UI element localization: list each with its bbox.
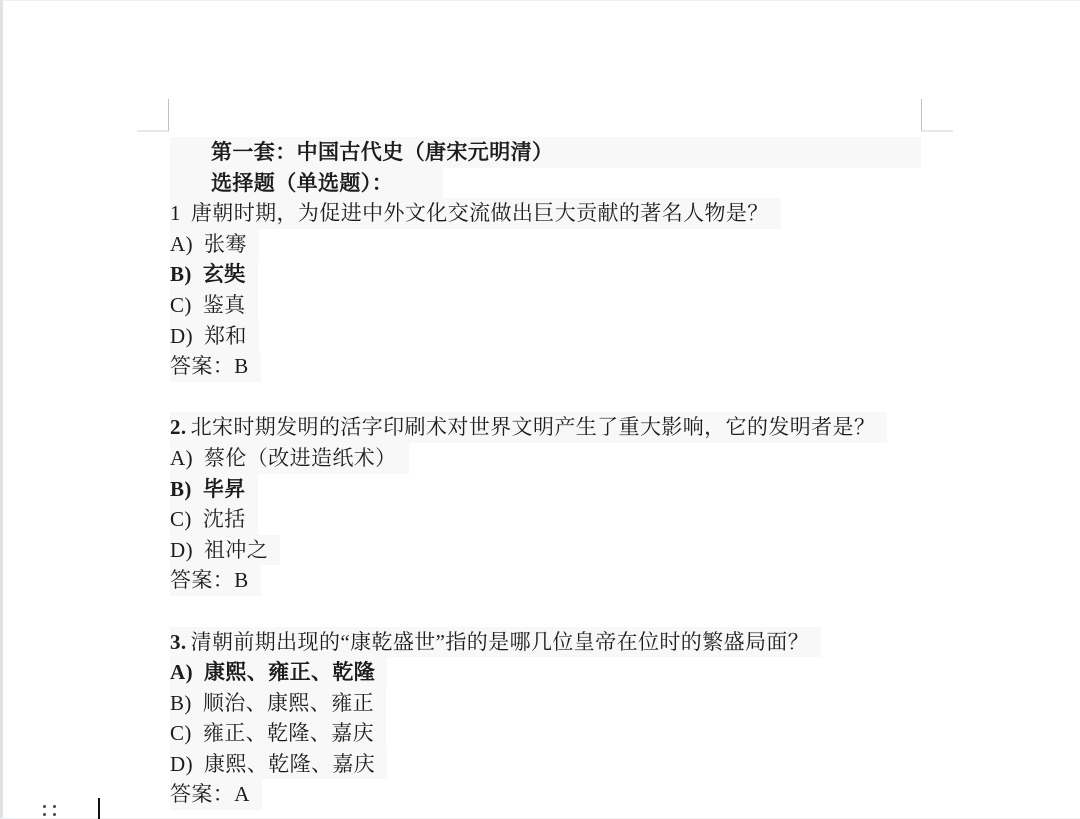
option[interactable]: B)玄奘 (170, 259, 258, 290)
option-row[interactable]: C)雍正、乾隆、嘉庆 (170, 718, 921, 749)
answer-value: B (234, 568, 248, 592)
question-body: 清朝前期出现的“康乾盛世”指的是哪几位皇帝在位时的繁盛局面？ (191, 630, 810, 654)
question-body: 唐朝时期，为促进中外文化交流做出巨大贡献的著名人物是？ (191, 201, 769, 225)
drag-handle-dots-icon[interactable] (43, 805, 56, 816)
document-title-line[interactable]: 第一套：中国古代史（唐宋元明清） (170, 137, 921, 168)
window-left-edge (0, 0, 3, 819)
option-label: A) (170, 446, 193, 470)
answer-label: 答案： (170, 568, 234, 592)
blank-line[interactable] (170, 596, 921, 627)
option-label: A) (170, 232, 193, 256)
dot (43, 813, 46, 816)
option-row[interactable]: A)蔡伦（改进造纸术） (170, 443, 921, 474)
page-margin-mark-right (921, 99, 953, 132)
option-row[interactable]: D)康熙、乾隆、嘉庆 (170, 749, 921, 780)
option-label: D) (170, 538, 193, 562)
question-text-line[interactable]: 2.北宋时期发明的活字印刷术对世界文明产生了重大影响，它的发明者是？ (170, 412, 921, 443)
answer-label: 答案： (170, 782, 234, 806)
answer-value: B (234, 354, 248, 378)
question-number: 2. (170, 415, 187, 439)
answer[interactable]: 答案：B (170, 351, 261, 382)
dot (43, 805, 46, 808)
dot (53, 813, 56, 816)
question-number: 3. (170, 630, 187, 654)
option-row[interactable]: A)张骞 (170, 229, 921, 260)
question-text-line[interactable]: 3.清朝前期出现的“康乾盛世”指的是哪几位皇帝在位时的繁盛局面？ (170, 627, 921, 658)
question-body: 北宋时期发明的活字印刷术对世界文明产生了重大影响，它的发明者是？ (191, 415, 876, 439)
option-row[interactable]: D)祖冲之 (170, 535, 921, 566)
option-label: D) (170, 752, 193, 776)
answer-label: 答案： (170, 354, 234, 378)
window-top-edge (0, 0, 1080, 1)
option-row[interactable]: B)玄奘 (170, 259, 921, 290)
question-text-line[interactable]: 1唐朝时期，为促进中外文化交流做出巨大贡献的著名人物是？ (170, 198, 921, 229)
answer-row[interactable]: 答案：B (170, 351, 921, 382)
option[interactable]: B)顺治、康熙、雍正 (170, 688, 386, 719)
option-text: 康熙、乾隆、嘉庆 (204, 752, 375, 776)
option-row[interactable]: C)沈括 (170, 504, 921, 535)
blank-line[interactable] (170, 382, 921, 413)
option[interactable]: C)鉴真 (170, 290, 258, 321)
option-row[interactable]: C)鉴真 (170, 290, 921, 321)
option-text: 郑和 (204, 324, 247, 348)
option-text: 康熙、雍正、乾隆 (204, 660, 375, 684)
option-text: 雍正、乾隆、嘉庆 (203, 721, 374, 745)
question-number: 1 (170, 201, 181, 225)
question-text[interactable]: 2.北宋时期发明的活字印刷术对世界文明产生了重大影响，它的发明者是？ (170, 412, 887, 443)
option-label: D) (170, 324, 193, 348)
option-text: 顺治、康熙、雍正 (203, 691, 374, 715)
text-cursor (98, 798, 100, 819)
option-label: B) (170, 691, 192, 715)
questions-list: 1唐朝时期，为促进中外文化交流做出巨大贡献的著名人物是？A)张骞B)玄奘C)鉴真… (170, 198, 921, 810)
option[interactable]: C)雍正、乾隆、嘉庆 (170, 718, 386, 749)
question-text[interactable]: 3.清朝前期出现的“康乾盛世”指的是哪几位皇帝在位时的繁盛局面？ (170, 627, 821, 658)
document-content[interactable]: 第一套：中国古代史（唐宋元明清） 选择题（单选题）： 1唐朝时期，为促进中外文化… (170, 137, 921, 810)
option[interactable]: A)蔡伦（改进造纸术） (170, 443, 409, 474)
option[interactable]: A)张骞 (170, 229, 259, 260)
option[interactable]: A)康熙、雍正、乾隆 (170, 657, 387, 688)
option-row[interactable]: A)康熙、雍正、乾隆 (170, 657, 921, 688)
dot (53, 805, 56, 808)
document-title[interactable]: 第一套：中国古代史（唐宋元明清） (170, 137, 921, 168)
answer-value: A (234, 782, 250, 806)
option-label: B) (170, 262, 192, 286)
option[interactable]: B)毕昇 (170, 474, 258, 505)
option-row[interactable]: B)毕昇 (170, 474, 921, 505)
option-label: A) (170, 660, 193, 684)
option-text: 蔡伦（改进造纸术） (204, 446, 397, 470)
option-row[interactable]: B)顺治、康熙、雍正 (170, 688, 921, 719)
section-heading[interactable]: 选择题（单选题）： (170, 168, 443, 199)
option[interactable]: D)郑和 (170, 321, 259, 352)
answer-row[interactable]: 答案：B (170, 565, 921, 596)
page-margin-mark-left (137, 99, 169, 132)
option-text: 鉴真 (203, 293, 246, 317)
option-text: 玄奘 (203, 262, 246, 286)
option-label: C) (170, 293, 192, 317)
section-heading-line[interactable]: 选择题（单选题）： (170, 168, 921, 199)
answer[interactable]: 答案：B (170, 565, 261, 596)
option[interactable]: D)祖冲之 (170, 535, 280, 566)
answer[interactable]: 答案：A (170, 779, 262, 810)
option-label: C) (170, 721, 192, 745)
option[interactable]: C)沈括 (170, 504, 258, 535)
option-label: C) (170, 507, 192, 531)
option-text: 毕昇 (203, 477, 246, 501)
option-label: B) (170, 477, 192, 501)
option-text: 张骞 (204, 232, 247, 256)
question-text[interactable]: 1唐朝时期，为促进中外文化交流做出巨大贡献的著名人物是？ (170, 198, 781, 229)
option-row[interactable]: D)郑和 (170, 321, 921, 352)
option-text: 沈括 (203, 507, 246, 531)
option[interactable]: D)康熙、乾隆、嘉庆 (170, 749, 387, 780)
option-text: 祖冲之 (204, 538, 268, 562)
answer-row[interactable]: 答案：A (170, 779, 921, 810)
